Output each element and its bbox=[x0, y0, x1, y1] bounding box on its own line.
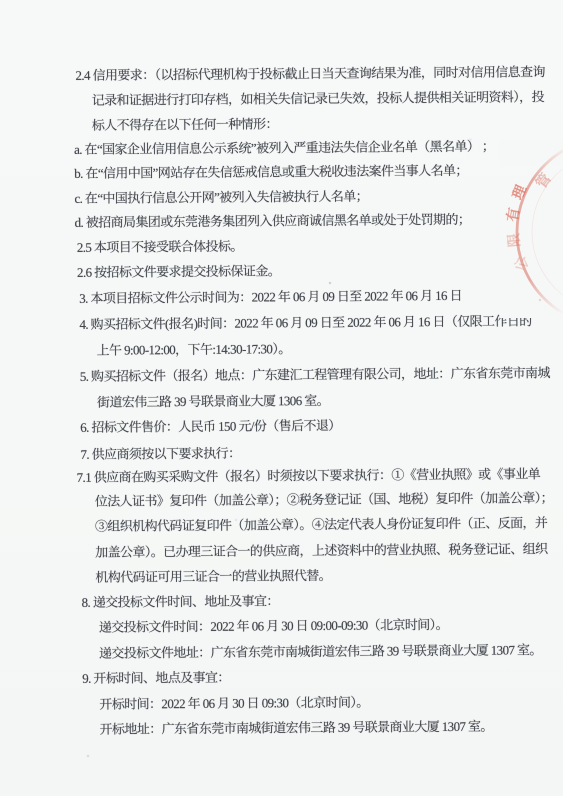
doc-line: 2.5 本项目不接受联合体投标。 bbox=[77, 240, 243, 255]
doc-line: 加盖公章）。已办理三证合一的供应商，上述资料中的营业执照、税务登记证、组织 bbox=[95, 542, 547, 560]
official-seal-stamp: 管 理 有 限 公 bbox=[500, 140, 563, 318]
doc-line: 开标地址：广东省东莞市南城街道宏伟三路 39 号联景商业大厦 1307 室。 bbox=[100, 720, 493, 737]
doc-line: ③组织机构代码证复印件（加盖公章）。④法定代表人身份证复印件（正、反面，并 bbox=[95, 516, 547, 534]
doc-line: 上午 9:00-12:00，下午:14:30-17:30）。 bbox=[97, 342, 291, 358]
document-text-block: 2.4 信用要求：（以招标代理机构于投标截止日当天查询结果为准，同时对信用信息查… bbox=[74, 0, 556, 796]
doc-line: 2.6 按招标文件要求提交投标保证金。 bbox=[77, 264, 280, 280]
doc-line: 机构代码证可用三证合一的营业执照代替。 bbox=[95, 569, 331, 585]
doc-line: c. 在“中国执行信息公开网”被列入失信被执行人名单； bbox=[74, 190, 368, 206]
doc-line: b. 在“信用中国”网站存在失信惩戒信息或重大税收违法案件当事人名单； bbox=[74, 164, 468, 181]
doc-line: a. 在“国家企业信用信息公示系统”被列入严重违法失信企业名单（黑名单） ； bbox=[74, 140, 494, 157]
scanned-document-page: 2.4 信用要求：（以招标代理机构于投标截止日当天查询结果为准，同时对信用信息查… bbox=[0, 0, 563, 796]
doc-line: 7.1 供应商在购买采购文件（报名）时须按以下要求执行：①《营业执照》或《事业单 bbox=[77, 467, 541, 485]
doc-line: 5. 购买招标文件（报名）地点：广东建汇工程管理有限公司，地址：广东省东莞市南城 bbox=[80, 366, 550, 384]
doc-line: 2.4 信用要求：（以招标代理机构于投标截止日当天查询结果为准，同时对信用信息查… bbox=[75, 65, 545, 83]
seal-character: 有 bbox=[506, 206, 525, 225]
doc-line: 9. 开标时间、地点及事宜： bbox=[82, 671, 230, 686]
doc-line: 6. 招标文件售价：人民币 150 元/份（售后不退） bbox=[80, 419, 341, 435]
doc-line: 4. 购买招标文件(报名)时间：2022 年 06 月 09 日至 2022 年… bbox=[79, 314, 531, 332]
doc-line: 递交投标文件时间：2022 年 06 月 30 日 09:00-09:30（北京… bbox=[99, 618, 448, 635]
doc-line: 记录和证据进行打印存档，如相关失信记录已失效，投标人提供相关证明资料），投 bbox=[92, 90, 544, 108]
doc-line: d. 被招商局集团或东莞港务集团列入供应商诚信黑名单或处于处罚期的； bbox=[75, 213, 471, 230]
doc-line: 街道宏伟三路 39 号联景商业大厦 1306 室。 bbox=[97, 394, 329, 410]
doc-line: 3. 本项目招标文件公示时间为：2022 年 06 月 09 日至 2022 年… bbox=[79, 289, 462, 306]
doc-line: 7. 供应商须按以下要求执行： bbox=[80, 447, 240, 462]
doc-line: 开标时间：2022 年 06 月 30 日 09:30（北京时间）。 bbox=[99, 696, 368, 712]
seal-character: 限 bbox=[507, 231, 524, 248]
doc-line: 位法人证书》复印件（加盖公章）；②税务登记证（国、地税）复印件（加盖公章）； bbox=[95, 491, 553, 509]
doc-line: 标人不得存在以下任何一种情形： bbox=[92, 117, 278, 132]
doc-line: 递交投标文件地址：广东省东莞市南城街道宏伟三路 39 号联景商业大厦 1307 … bbox=[99, 643, 542, 660]
seal-border-icon bbox=[500, 140, 563, 318]
doc-line: 8. 递交投标文件时间、地址及事宜： bbox=[82, 594, 279, 610]
